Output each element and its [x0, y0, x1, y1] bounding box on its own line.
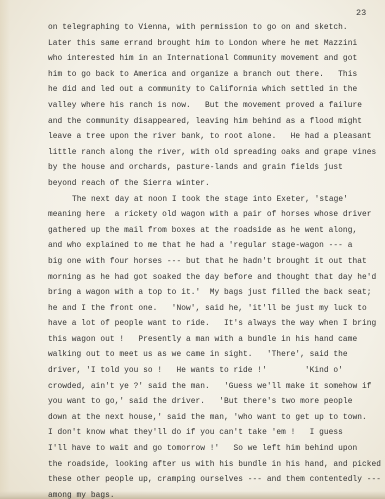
text-line: Later this same errand brought him to Lo… [48, 36, 378, 52]
text-line: bring a wagon with a top to it.' My bags… [48, 285, 378, 301]
text-line: morning as he had got soaked the day bef… [48, 270, 378, 286]
text-line: and the community disappeared, leaving h… [48, 114, 378, 130]
text-line: he did and led out a community to Califo… [48, 82, 378, 98]
text-line: valley where his ranch is now. But the m… [48, 98, 378, 114]
text-line: on telegraphing to Vienna, with permissi… [48, 20, 378, 36]
page-number: 23 [356, 8, 366, 18]
text-line: meaning here a rickety old wagon with a … [48, 207, 378, 223]
text-line: I'll have to wait and go tomorrow !' So … [48, 441, 378, 457]
typed-manuscript-page: 23 on telegraphing to Vienna, with permi… [0, 0, 385, 499]
text-line: down at the next house,' said the man, '… [48, 410, 378, 426]
text-line-indented: The next day at noon I took the stage in… [48, 192, 378, 208]
text-line: he and I the front one. 'Now', said he, … [48, 301, 378, 317]
text-line: and who explained to me that he had a 'r… [48, 238, 378, 254]
text-line: walking out to meet us as we came in sig… [48, 347, 378, 363]
text-line: big one with four horses --- but that he… [48, 254, 378, 270]
text-line: who interested him in an International C… [48, 51, 378, 67]
paper-edge-shadow-left [0, 0, 10, 499]
text-line: driver, 'I told you so ! He wants to rid… [48, 363, 378, 379]
text-line: him to go back to America and organize a… [48, 67, 378, 83]
text-line: little ranch along the river, with old s… [48, 145, 378, 161]
text-line: among my bags. [48, 488, 378, 499]
text-line: I don't know what they'll do if you can'… [48, 425, 378, 441]
text-line: these other people up, cramping ourselve… [48, 472, 378, 488]
body-text: on telegraphing to Vienna, with permissi… [48, 20, 378, 499]
text-line: this wagon out ! Presently a man with a … [48, 332, 378, 348]
text-line: crowded, ain't ye ?' said the man. 'Gues… [48, 379, 378, 395]
text-line: by the house and orchards, pasture-lands… [48, 160, 378, 176]
text-line: the roadside, looking after us with his … [48, 457, 378, 473]
text-line: beyond reach of the Sierra winter. [48, 176, 378, 192]
text-line: have a lot of people want to ride. It's … [48, 316, 378, 332]
text-line: leave a tree upon the river bank, to roo… [48, 129, 378, 145]
text-line: gathered up the mail from boxes at the r… [48, 223, 378, 239]
text-line: you want to go,' said the driver. 'But t… [48, 394, 378, 410]
